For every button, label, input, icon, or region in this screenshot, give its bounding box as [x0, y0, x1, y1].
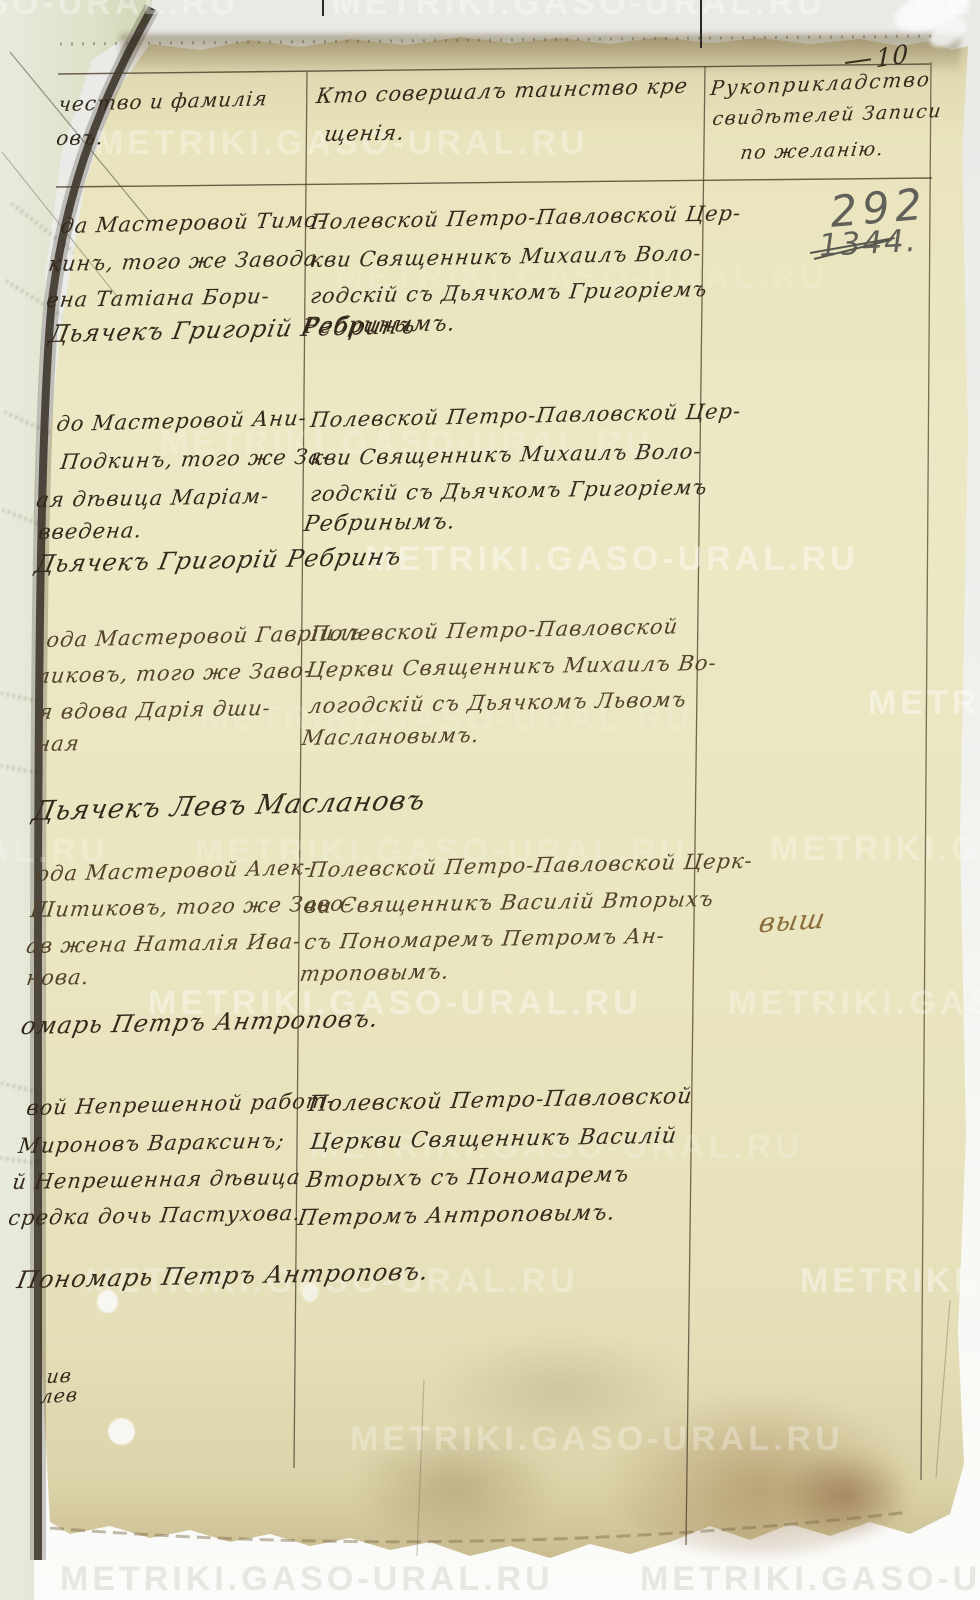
entry4-parents-line4: нова.: [25, 965, 91, 990]
entry4-parents-line3: ав жена Наталія Ива-: [25, 929, 303, 958]
bottom-scribble-2: лев: [39, 1384, 79, 1408]
header-col1-line2: овъ.: [55, 125, 105, 150]
entry3-parents-line4: ная: [35, 731, 81, 756]
right-margin-rule: [921, 62, 931, 1480]
binding-shadow: [38, 8, 152, 1560]
entry3-officiant-line4: Маслановымъ.: [300, 723, 481, 750]
scanned-metric-book-page: METRIKI.GASO-URAL.RU METRIKI.GASO-URAL.R…: [0, 0, 980, 1600]
entry3-parents-line3: я вдова Дарія дши-: [37, 696, 272, 724]
entry2-officiant-line4: Ребринымъ.: [302, 509, 458, 537]
entry2-parents-line3: ая дѣвица Маріам-: [35, 484, 271, 512]
torn-edge-specks: [60, 36, 940, 44]
entry5-parents-line3: й Непрешенная дѣвица: [11, 1165, 302, 1194]
entry1-parents-line3: ена Татіана Бори-: [45, 284, 271, 312]
crease-line: [417, 1380, 424, 1556]
margin-note: выш: [756, 903, 828, 939]
header-col2-line2: щенія.: [323, 121, 407, 146]
torn-bottom-edge: [50, 1512, 910, 1542]
entry4-officiant-line4: троповымъ.: [298, 959, 451, 986]
entry1-officiant-line4: Ребринымъ.: [302, 311, 458, 339]
entry2-parents-line4: введена.: [37, 518, 144, 544]
column-divider-1: [294, 72, 307, 1468]
entry5-parents-line4: средка дочь Пастухова.: [7, 1201, 302, 1230]
header-col3-line3: по желанію.: [739, 138, 886, 164]
crease-line: [936, 1300, 950, 1478]
header-bottom-rule: [56, 178, 932, 187]
